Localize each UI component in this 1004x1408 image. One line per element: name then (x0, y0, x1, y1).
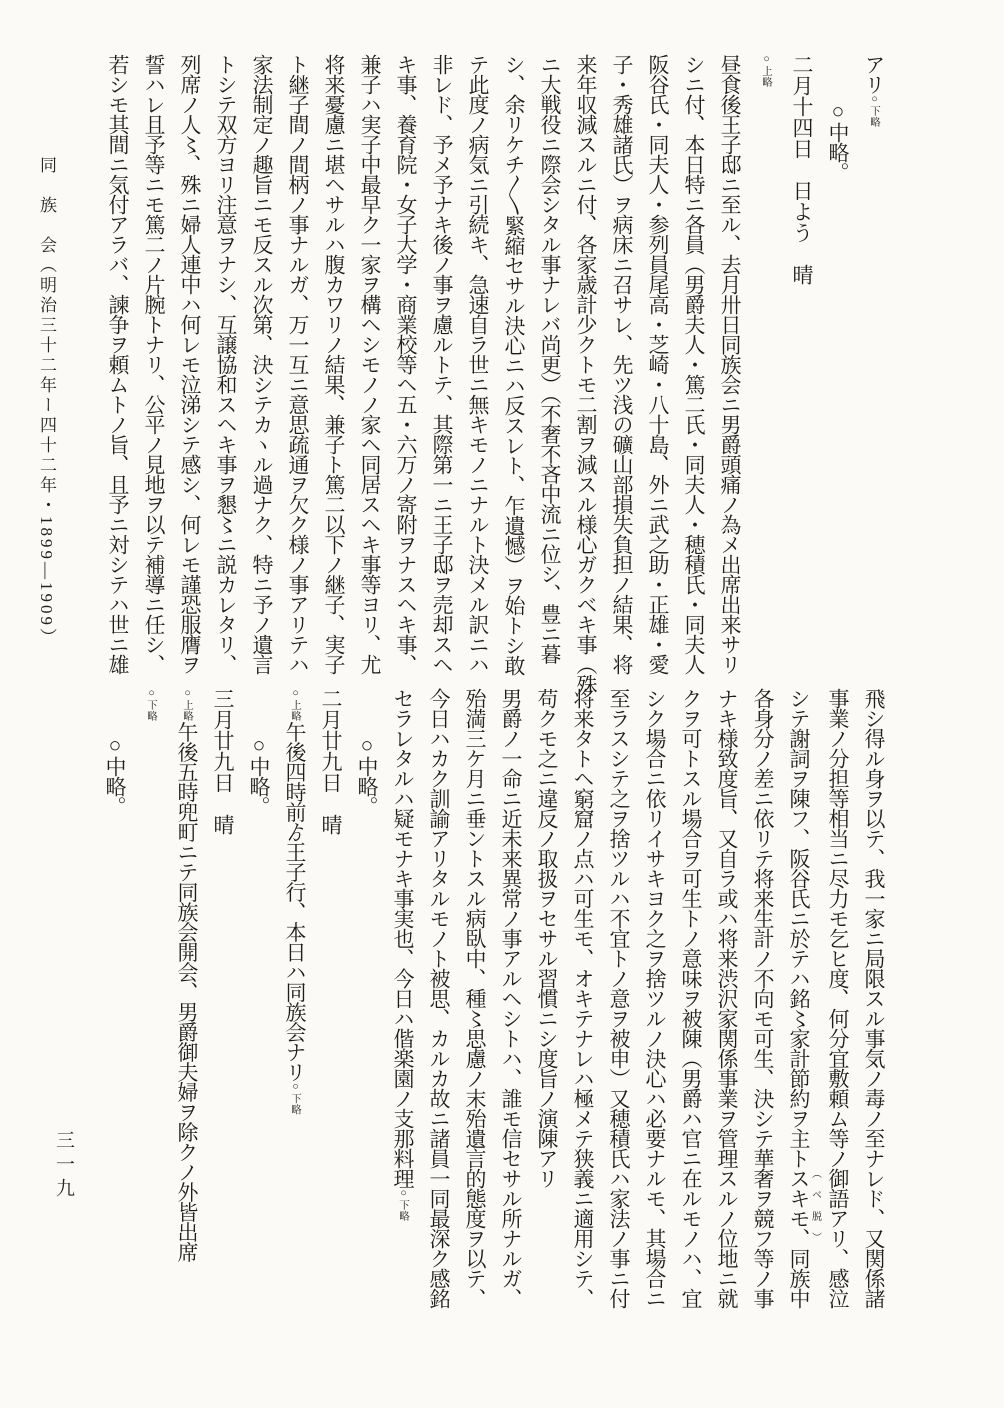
text-column: 家法制定ノ趣旨ニモ反スル次第、決シテカヽル過ナク、特ニ予ノ遺言 (244, 54, 280, 680)
lower-omission-note: ○下略 (290, 1082, 301, 1116)
text-column: 苟クモ之ニ違反ノ取扱ヲセサル習慣ニシ度旨ノ演陳アリ (529, 688, 565, 1310)
text-column: ニ大戦役ニ際会シタル事ナレバ尚更）（不奢不吝中流ニ位シ、豊ニ暮 (532, 54, 568, 680)
text-column: シニ付、本日特ニ各員（男爵夫人・篤二氏・同夫人・穂積氏・同夫人 (676, 54, 712, 680)
column-text: アリ (862, 54, 886, 94)
column-text: 午後五時兜町ニテ同族会開会、男爵御夫婦ヲ除クノ外皆出席 (175, 722, 199, 1262)
column-text: 列席ノ人〻、殊ニ婦人連中ハ何レモ泣涕シテ感シ、何レモ謹恐服膺ヲ (178, 54, 202, 674)
text-column: ○上略午後四時前ゟ王子行、本日ハ同族会ナリ○下略 (277, 688, 313, 1310)
column-text: 午後四時前ゟ王子行、本日ハ同族会ナリ (283, 722, 307, 1082)
text-column: 来年収減スルニ付、各家歳計少クトモ二割ヲ減スル様心ガクベキ事（殊 (568, 54, 604, 680)
text-column: ト継子間ノ間柄ノ事ナルガ、万一互ニ意思疏通ヲ欠ク様ノ事アリテハ (280, 54, 316, 680)
text-column: 兼子ハ実子中最早ク一家ヲ構ヘシモノノ家ヘ同居スヘキ事等ヨリ、尤 (352, 54, 388, 680)
upper-omission-note: ○上略 (761, 54, 772, 88)
column-text: 昼食後王子邸ニ至ル、去月卅日同族会ニ男爵頭痛ノ為メ出席出来サリ (718, 54, 742, 674)
lower-omission-note: ○下略 (398, 1188, 409, 1222)
column-text: シク場合ニ依リイサキヨク之ヲ捨ツルノ決心ハ必要ナルモ、其場合ニ (643, 688, 667, 1308)
upper-omission-note: ○上略 (182, 688, 193, 722)
text-column: 各身分ノ差ニ依リテ将来生計ノ不向モ可生、決シテ華奢ヲ競フ等ノ事 (745, 688, 781, 1310)
column-text: シ、余リケチ〱緊縮セサル決心ニハ反スレト、乍遺憾）ヲ始トシ敢 (502, 54, 526, 675)
text-column: 若シモ其間ニ気付アラバ、諫争ヲ頼ムトノ旨、且予ニ対シテハ世ニ雄 (100, 54, 136, 680)
omission-note: ○中略。 (247, 733, 271, 816)
column-text: 阪谷氏・同夫人・参列員尾高・芝崎・八十島、外ニ武之助・正雄・愛 (646, 54, 670, 674)
column-text: 苟クモ之ニ違反ノ取扱ヲセサル習慣ニシ度旨ノ演陳アリ (535, 688, 559, 1188)
text-column: 今日ハカク訓諭アリタルモノト被思、カルカ故ニ諸員一同最深ク感銘 (421, 688, 457, 1310)
column-text: 各身分ノ差ニ依リテ将来生計ノ不向モ可生、決シテ華奢ヲ競フ等ノ事 (751, 688, 775, 1308)
lower-omission-note: ○下略 (869, 94, 880, 128)
omission-column: ○中略。 (97, 688, 133, 1355)
column-text: キ事、養育院・女子大学・商業校等ヘ五・六万ノ寄附ヲナスヘキ事、 (394, 54, 418, 674)
text-column: 非レド、予メ予ナキ後ノ事ヲ慮ルトテ、其際第一ニ王子邸ヲ売却スヘ (424, 54, 460, 680)
text-column: 誓ハレ且予等ニモ篤二ノ片腕トナリ、公平ノ見地ヲ以テ補導ニ任シ、 (136, 54, 172, 680)
text-column: シテ謝詞ヲ陳フ、阪谷氏ニ於テハ銘〻家計節約ヲ主トスキモ、（ベ脱）同族中 (781, 688, 820, 1310)
text-column: 男爵ノ一命ニ近未来異常ノ事アルヘシトハ、誰モ信セサル所ナルガ、 (493, 688, 529, 1310)
date-column: 二月廿九日 晴 (313, 688, 349, 1310)
column-text: 将来タトヘ窮窟ノ点ハ可生モ、オキテナレハ極メテ狭義ニ適用シテ、 (571, 688, 595, 1308)
column-text: シニ付、本日特ニ各員（男爵夫人・篤二氏・同夫人・穂積氏・同夫人 (682, 54, 706, 674)
text-column: 将来タトヘ窮窟ノ点ハ可生モ、オキテナレハ極メテ狭義ニ適用シテ、 (565, 688, 601, 1310)
column-text: 若シモ其間ニ気付アラバ、諫争ヲ頼ムトノ旨、且予ニ対シテハ世ニ雄 (106, 54, 130, 674)
top-text-block: アリ○下略 ○中略。 二月十四日 日よう 晴 ○上略 昼食後王子邸ニ至ル、去月卅… (100, 54, 892, 680)
text-column: アリ○下略 (856, 54, 892, 680)
column-text: セラレタルハ疑モナキ事実也、今日ハ偕楽園ノ支那料理 (391, 688, 415, 1188)
lower-omission-note: ○下略 (146, 688, 157, 722)
inline-correction: スキモ、（ベ脱） (787, 1168, 811, 1248)
text-column: 至ラスシテ之ヲ捨ツルハ不宜トノ意ヲ被申）又穂積氏ハ家法ノ事ニ付 (601, 688, 637, 1310)
text-column: セラレタルハ疑モナキ事実也、今日ハ偕楽園ノ支那料理○下略 (385, 688, 421, 1310)
text-column: クヲ可トスル場合ヲ可生トノ意味ヲ被陳（男爵ハ官ニ在ルモノハ、宜 (673, 688, 709, 1310)
column-text: テ此度ノ病気ニ引続キ、急速自ラ世ニ無キモノニナルト決メル訳ニハ (466, 54, 490, 674)
date-text: 二月十四日 日よう 晴 (790, 54, 814, 285)
date-column: 二月十四日 日よう 晴 (784, 54, 820, 680)
column-text: トシテ双方ヨリ注意ヲナシ、互譲協和スヘキ事ヲ懇〻ニ説カレタリ、 (214, 54, 238, 674)
text-column: 阪谷氏・同夫人・参列員尾高・芝崎・八十島、外ニ武之助・正雄・愛 (640, 54, 676, 680)
column-text: 事業ノ分担等相当ニ尽力モ乞ヒ度、何分宜敷頼ム等ノ御語アリ、感泣 (826, 688, 850, 1308)
date-text: 二月廿九日 晴 (319, 688, 343, 835)
running-head: 同 族 会（明治三十二年ー四十二年・1899—1909） (34, 156, 59, 648)
page-number: 三一九 (50, 1130, 77, 1202)
bottom-text-block: 飛シ得ル身ヲ以テ、我一家ニ局限スル事気ノ毒ノ至ナレド、又関係諸 事業ノ分担等相当… (97, 688, 892, 1310)
text-column: 事業ノ分担等相当ニ尽力モ乞ヒ度、何分宜敷頼ム等ノ御語アリ、感泣 (820, 688, 856, 1310)
omission-column: ○中略。 (241, 688, 277, 1355)
column-text: ニ大戦役ニ際会シタル事ナレバ尚更）（不奢不吝中流ニ位シ、豊ニ暮 (538, 54, 562, 664)
correction-base: スキモ、 (787, 1168, 811, 1248)
column-text: 殆満三ケ月ニ垂ントスル病臥中、種〻思慮ノ末殆遺言的態度ヲ以テ、 (463, 688, 487, 1308)
column-text: 男爵ノ一命ニ近未来異常ノ事アルヘシトハ、誰モ信セサル所ナルガ、 (499, 688, 523, 1308)
text-column: 飛シ得ル身ヲ以テ、我一家ニ局限スル事気ノ毒ノ至ナレド、又関係諸 (856, 688, 892, 1310)
text-column: 子・秀雄諸氏）ヲ病床ニ召サレ、先ツ浅の礦山部損失負担ノ結果、将 (604, 54, 640, 680)
text-column: 昼食後王子邸ニ至ル、去月卅日同族会ニ男爵頭痛ノ為メ出席出来サリ (712, 54, 748, 680)
column-text: 家法制定ノ趣旨ニモ反スル次第、決シテカヽル過ナク、特ニ予ノ遺言 (250, 54, 274, 674)
column-text: 今日ハカク訓諭アリタルモノト被思、カルカ故ニ諸員一同最深ク感銘 (427, 688, 451, 1308)
omission-note: ○中略。 (355, 733, 379, 816)
text-column: シク場合ニ依リイサキヨク之ヲ捨ツルノ決心ハ必要ナルモ、其場合ニ (637, 688, 673, 1310)
column-text: 飛シ得ル身ヲ以テ、我一家ニ局限スル事気ノ毒ノ至ナレド、又関係諸 (862, 688, 886, 1308)
date-column: 三月廿九日 晴 (205, 688, 241, 1310)
text-column: シ、余リケチ〱緊縮セサル決心ニハ反スレト、乍遺憾）ヲ始トシ敢 (496, 54, 532, 680)
text-column: ○上略午後五時兜町ニテ同族会開会、男爵御夫婦ヲ除クノ外皆出席 (169, 688, 205, 1310)
omission-column: ○下略 (133, 688, 169, 1310)
omission-note: ○中略。 (103, 733, 127, 816)
omission-column: ○中略。 (820, 54, 856, 725)
column-text: クヲ可トスル場合ヲ可生トノ意味ヲ被陳（男爵ハ官ニ在ルモノハ、宜 (679, 688, 703, 1308)
date-text: 三月廿九日 晴 (211, 688, 235, 835)
omission-column: ○上略 (748, 54, 784, 680)
column-text: シテ謝詞ヲ陳フ、阪谷氏ニ於テハ銘〻家計節約ヲ主ト (787, 688, 811, 1168)
text-column: 列席ノ人〻、殊ニ婦人連中ハ何レモ泣涕シテ感シ、何レモ謹恐服膺ヲ (172, 54, 208, 680)
column-text: 来年収減スルニ付、各家歳計少クトモ二割ヲ減スル様心ガクベキ事（殊 (574, 54, 598, 694)
column-text: 将来憂慮ニ堪ヘサルハ腹カワリノ結果、兼子ト篤二以下ノ継子、実子 (322, 54, 346, 674)
correction-note: （ベ脱） (810, 1168, 821, 1248)
document-page: 同 族 会（明治三十二年ー四十二年・1899—1909） 三一九 アリ○下略 ○… (0, 0, 1004, 1408)
omission-note: ○中略。 (826, 99, 850, 182)
column-text: 誓ハレ且予等ニモ篤二ノ片腕トナリ、公平ノ見地ヲ以テ補導ニ任シ、 (142, 54, 166, 674)
column-text: 至ラスシテ之ヲ捨ツルハ不宜トノ意ヲ被申）又穂積氏ハ家法ノ事ニ付 (607, 688, 631, 1308)
column-text: 兼子ハ実子中最早ク一家ヲ構ヘシモノノ家ヘ同居スヘキ事等ヨリ、尤 (358, 54, 382, 674)
text-column: 将来憂慮ニ堪ヘサルハ腹カワリノ結果、兼子ト篤二以下ノ継子、実子 (316, 54, 352, 680)
text-column: キ事、養育院・女子大学・商業校等ヘ五・六万ノ寄附ヲナスヘキ事、 (388, 54, 424, 680)
column-text: 子・秀雄諸氏）ヲ病床ニ召サレ、先ツ浅の礦山部損失負担ノ結果、将 (610, 54, 634, 674)
upper-omission-note: ○上略 (290, 688, 301, 722)
column-text: ト継子間ノ間柄ノ事ナルガ、万一互ニ意思疏通ヲ欠ク様ノ事アリテハ (286, 54, 310, 674)
text-column: テ此度ノ病気ニ引続キ、急速自ラ世ニ無キモノニナルト決メル訳ニハ (460, 54, 496, 680)
omission-column: ○中略。 (349, 688, 385, 1355)
column-text: ナキ様致度旨、又自ラ或ハ将来渋沢家関係事業ヲ管理スルノ位地ニ就 (715, 688, 739, 1308)
text-column: ナキ様致度旨、又自ラ或ハ将来渋沢家関係事業ヲ管理スルノ位地ニ就 (709, 688, 745, 1310)
column-text: 同族中 (787, 1248, 811, 1308)
column-text: 非レド、予メ予ナキ後ノ事ヲ慮ルトテ、其際第一ニ王子邸ヲ売却スヘ (430, 54, 454, 674)
text-column: トシテ双方ヨリ注意ヲナシ、互譲協和スヘキ事ヲ懇〻ニ説カレタリ、 (208, 54, 244, 680)
text-column: 殆満三ケ月ニ垂ントスル病臥中、種〻思慮ノ末殆遺言的態度ヲ以テ、 (457, 688, 493, 1310)
